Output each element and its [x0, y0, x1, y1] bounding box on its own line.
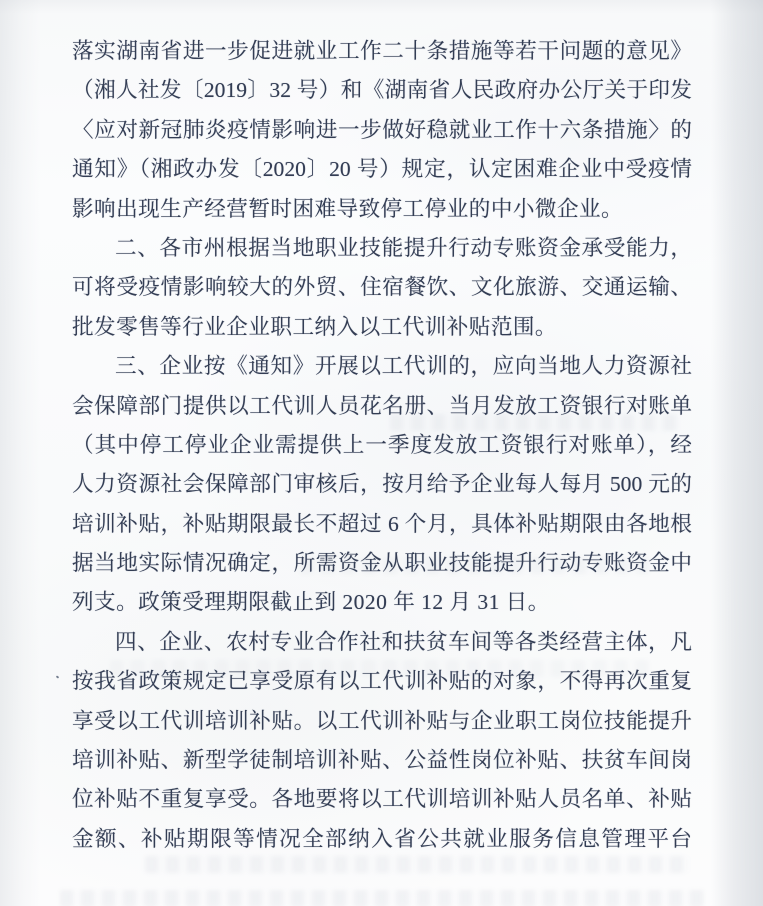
page-left-edge-shade: [0, 0, 40, 906]
text-line: 培训补贴，补贴期限最长不超过 6 个月，具体补贴期限由各地根: [72, 505, 692, 544]
text-line: 会保障部门提供以工代训人员花名册、当月发放工资银行对账单: [72, 387, 692, 426]
text-line: 按我省政策规定已享受原有以工代训补贴的对象，不得再次重复: [72, 662, 692, 701]
text-line: 享受以工代训培训补贴。以工代训补贴与企业职工岗位技能提升: [72, 702, 692, 741]
page-top-edge-shade: [0, 0, 763, 14]
text-line: 可将受疫情影响较大的外贸、住宿餐饮、文化旅游、交通运输、: [72, 268, 692, 307]
text-line: 落实湖南省进一步促进就业工作二十条措施等若干问题的意见》: [72, 32, 692, 71]
text-line: 通知》（湘政办发〔2020〕20 号）规定，认定困难企业中受疫情: [72, 150, 692, 189]
text-line: 据当地实际情况确定，所需资金从职业技能提升行动专账资金中: [72, 544, 692, 583]
text-line: 四、企业、农村专业合作社和扶贫车间等各类经营主体，凡: [72, 623, 692, 662]
text-line: 培训补贴、新型学徒制培训补贴、公益性岗位补贴、扶贫车间岗: [72, 741, 692, 780]
scan-speck: [56, 675, 60, 678]
page-right-edge-shade: [711, 0, 763, 906]
text-line: （其中停工停业企业需提供上一季度发放工资银行对账单），经: [72, 426, 692, 465]
text-line: 金额、补贴期限等情况全部纳入省公共就业服务信息管理平台: [72, 820, 692, 859]
document-text-body: 落实湖南省进一步促进就业工作二十条措施等若干问题的意见》（湘人社发〔2019〕3…: [72, 32, 692, 859]
text-line: 位补贴不重复享受。各地要将以工代训培训补贴人员名单、补贴: [72, 780, 692, 819]
text-line: 三、企业按《通知》开展以工代训的，应向当地人力资源社: [72, 347, 692, 386]
text-line: （湘人社发〔2019〕32 号）和《湖南省人民政府办公厅关于印发: [72, 71, 692, 110]
text-line: 〈应对新冠肺炎疫情影响进一步做好稳就业工作十六条措施〉的: [72, 111, 692, 150]
text-line: 人力资源社会保障部门审核后，按月给予企业每人每月 500 元的: [72, 465, 692, 504]
scanned-document-page: 落实湖南省进一步促进就业工作二十条措施等若干问题的意见》（湘人社发〔2019〕3…: [0, 0, 763, 906]
text-line: 影响出现生产经营暂时困难导致停工停业的中小微企业。: [72, 190, 692, 229]
text-line: 二、各市州根据当地职业技能提升行动专账资金承受能力，: [72, 229, 692, 268]
text-line: 批发零售等行业企业职工纳入以工代训补贴范围。: [72, 308, 692, 347]
bleed-through-ghost: [60, 890, 705, 906]
text-line: 列支。政策受理期限截止到 2020 年 12 月 31 日。: [72, 583, 692, 622]
